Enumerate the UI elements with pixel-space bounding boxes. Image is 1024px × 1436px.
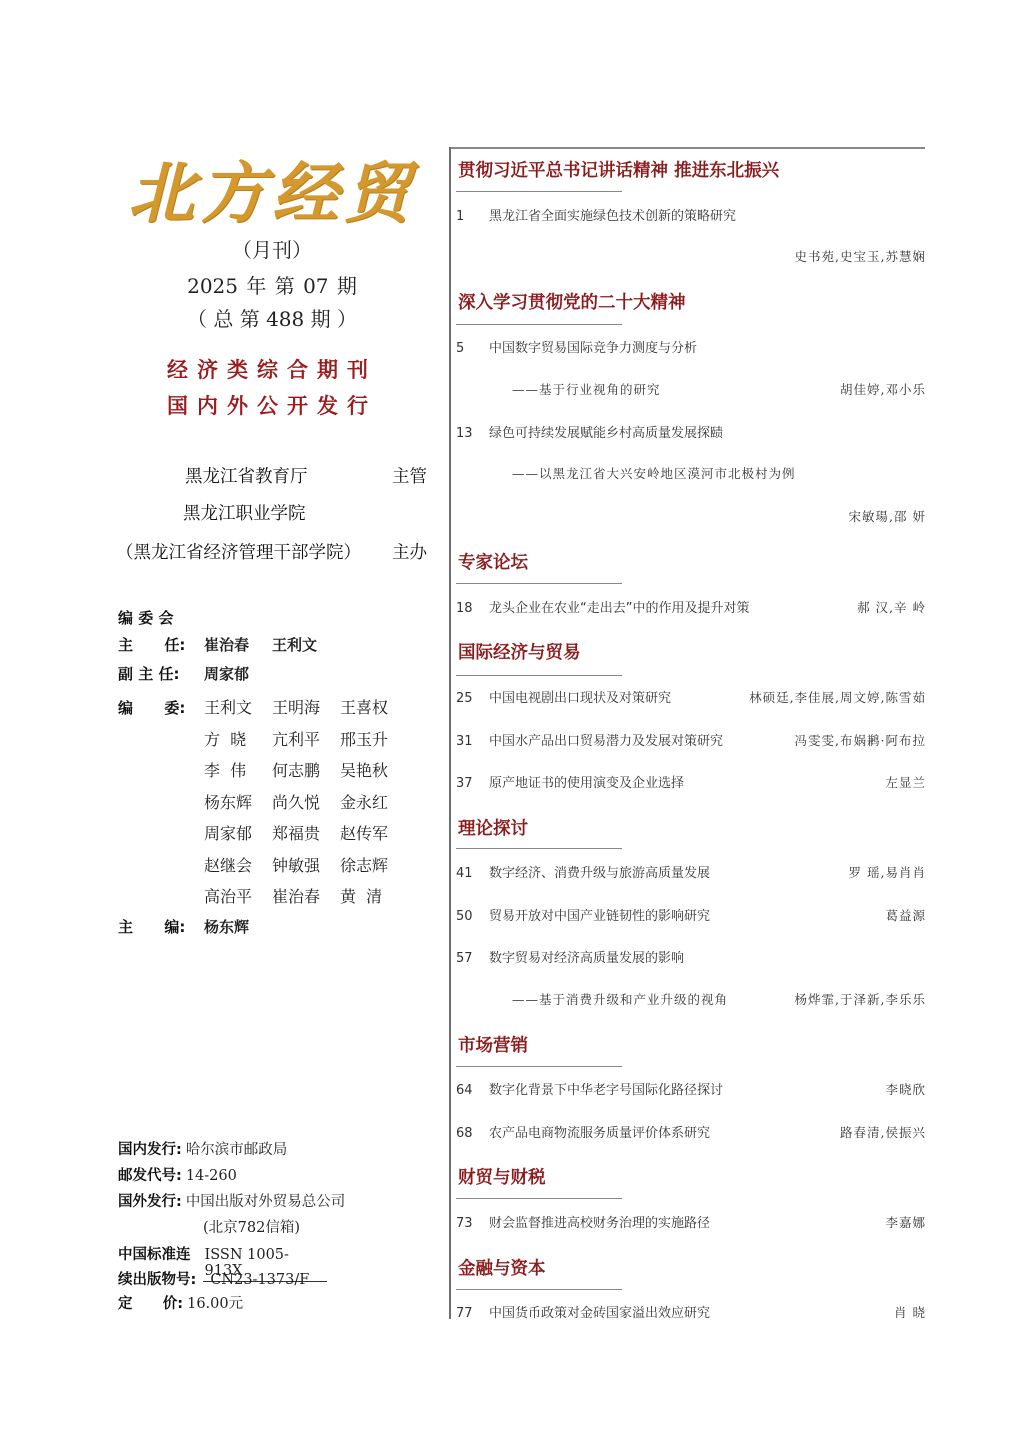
board-members-row: 高治平 崔治春 黄 清 — [118, 884, 408, 907]
section-rule — [456, 1289, 622, 1290]
toc-page-number: 57 — [456, 951, 489, 966]
frequency-label: （月刊） — [112, 234, 432, 263]
toc-article-title: 数字经济、消费升级与旅游高质量发展 — [489, 862, 849, 881]
toc-page-number: 1 — [456, 209, 489, 224]
toc-entry[interactable]: 5 中国数字贸易国际竞争力测度与分析 — [456, 337, 926, 356]
member-name: 赵传军 — [340, 821, 408, 844]
toc-section-title: 市场营销 — [458, 1032, 528, 1057]
toc-article-title: 中国水产品出口贸易潜力及发展对策研究 — [489, 730, 795, 749]
toc-authors: 宋敏瑒,邵 妍 — [849, 507, 926, 525]
toc-article-title: 原产地证书的使用演变及企业选择 — [489, 772, 885, 791]
toc-article-title: 龙头企业在农业“走出去”中的作用及提升对策 — [489, 597, 857, 616]
director-name: 王利文 — [272, 634, 317, 655]
foreign-value-2: (北京782信箱) — [203, 1216, 300, 1237]
member-name: 钟敏强 — [272, 853, 340, 876]
toc-section-title: 国际经济与贸易 — [458, 639, 581, 664]
foreign-mailbox: (北京782信箱) — [203, 1216, 300, 1237]
toc-article-title: 财会监督推进高校财务治理的实施路径 — [489, 1212, 885, 1231]
member-name: 徐志辉 — [340, 853, 408, 876]
toc-article-subtitle: ——以黑龙江省大兴安岭地区漠河市北极村为例 — [512, 464, 796, 482]
serial-label-2: 续出版物号: — [118, 1268, 196, 1289]
editorial-board-heading: 编 委 会 — [118, 607, 204, 628]
toc-entry[interactable]: 31 中国水产品出口贸易潜力及发展对策研究 冯雯雯,布娲鹣·阿布拉 — [456, 730, 926, 749]
board-deputy-row: 副 主 任: 周家郁 — [118, 663, 249, 684]
member-name: 吴艳秋 — [340, 758, 408, 781]
toc-page-number: 68 — [456, 1126, 489, 1141]
board-chief-editor-row: 主 编: 杨东辉 — [118, 916, 249, 937]
board-director-row: 主 任: 崔治春 王利文 — [118, 634, 317, 655]
slogan-line-2: 国内外公开发行 — [112, 390, 432, 420]
toc-authors: 杨烨霏,于泽新,李乐乐 — [795, 990, 926, 1008]
member-name: 郑福贵 — [272, 821, 340, 844]
toc-article-title: 绿色可持续发展赋能乡村高质量发展探赜 — [489, 422, 926, 441]
director-label: 主 任: — [118, 634, 204, 655]
board-members-row: 杨东辉 尚久悦 金永红 — [118, 790, 408, 813]
price-value: 16.00元 — [187, 1292, 243, 1313]
member-name: 崔治春 — [272, 884, 340, 907]
toc-authors: 李晓欣 — [885, 1080, 926, 1098]
toc-section-title: 贯彻习近平总书记讲话精神 推进东北振兴 — [458, 157, 779, 182]
supervisor-role: 主管 — [392, 463, 427, 488]
sponsor-name-1: 黑龙江职业学院 — [183, 500, 306, 525]
toc-article-title: 中国电视剧出口现状及对策研究 — [489, 687, 749, 706]
toc-page-number: 50 — [456, 909, 489, 924]
section-rule — [456, 324, 622, 325]
member-name: 杨东辉 — [204, 790, 272, 813]
toc-entry[interactable]: 64 数字化背景下中华老字号国际化路径探讨 李晓欣 — [456, 1079, 926, 1098]
member-name: 李 伟 — [204, 758, 272, 781]
toc-page-number: 13 — [456, 426, 489, 441]
toc-page-number: 64 — [456, 1083, 489, 1098]
postal-code: 邮发代号: 14-260 — [118, 1164, 237, 1185]
domestic-value: 哈尔滨市邮政局 — [186, 1138, 288, 1159]
board-members-row: 方 晓 亢利平 邢玉升 — [118, 727, 408, 750]
toc-entry[interactable]: 41 数字经济、消费升级与旅游高质量发展 罗 瑶,易肖肖 — [456, 862, 926, 881]
toc-page-number: 73 — [456, 1216, 489, 1231]
deputy-name: 周家郁 — [204, 663, 249, 684]
toc-section-title: 专家论坛 — [458, 549, 528, 574]
section-rule — [456, 1066, 622, 1067]
member-name: 金永红 — [340, 790, 408, 813]
toc-authors: 左显兰 — [885, 773, 926, 791]
toc-authors: 林硕廷,李佳展,周文婷,陈雪茹 — [749, 688, 926, 706]
toc-authors: 史书苑,史宝玉,苏慧娴 — [795, 247, 926, 265]
toc-section-title: 金融与资本 — [458, 1255, 546, 1280]
toc-authors: 郝 汉,辛 岭 — [857, 598, 926, 616]
toc-entry[interactable]: 57 数字贸易对经济高质量发展的影响 — [456, 947, 926, 966]
price-label: 定 价: — [118, 1292, 183, 1313]
toc-page-number: 77 — [456, 1306, 489, 1321]
total-issue-label: （ 总 第 488 期 ） — [112, 303, 432, 332]
toc-authors: 路春清,侯振兴 — [840, 1123, 926, 1141]
toc-authors: 肖 晓 — [894, 1303, 926, 1321]
toc-entry[interactable]: 1 黑龙江省全面实施绿色技术创新的策略研究 — [456, 205, 926, 224]
toc-entry[interactable]: 73 财会监督推进高校财务治理的实施路径 李嘉娜 — [456, 1212, 926, 1231]
chief-editor-name: 杨东辉 — [204, 916, 249, 937]
toc-authors: 胡佳婷,邓小乐 — [840, 380, 926, 398]
section-rule — [456, 583, 622, 584]
supervisor-name: 黑龙江省教育厅 — [185, 463, 308, 488]
toc-article-title: 数字化背景下中华老字号国际化路径探讨 — [489, 1079, 885, 1098]
board-members-row: 周家郁 郑福贵 赵传军 — [118, 821, 408, 844]
slogan-line-1: 经济类综合期刊 — [112, 354, 432, 384]
toc-article-title: 农产品电商物流服务质量评价体系研究 — [489, 1122, 840, 1141]
toc-article-subtitle: ——基于消费升级和产业升级的视角 — [512, 990, 728, 1008]
member-name: 高治平 — [204, 884, 272, 907]
board-members-row: 李 伟 何志鹏 吴艳秋 — [118, 758, 408, 781]
section-rule — [456, 1198, 622, 1199]
member-name: 亢利平 — [272, 727, 340, 750]
sponsor-name-2: （黑龙江省经济管理干部学院） — [116, 539, 361, 564]
toc-article-title: 数字贸易对经济高质量发展的影响 — [489, 947, 926, 966]
member-name: 黄 清 — [340, 884, 408, 907]
member-name: 王喜权 — [340, 695, 408, 718]
board-members-row: 赵继会 钟敏强 徐志辉 — [118, 853, 408, 876]
toc-page-number: 25 — [456, 691, 489, 706]
toc-entry[interactable]: 37 原产地证书的使用演变及企业选择 左显兰 — [456, 772, 926, 791]
issue-label: 2025 年 第 07 期 — [112, 270, 432, 299]
cn-value: CN23-1373/F — [210, 1272, 309, 1288]
toc-entry[interactable]: 68 农产品电商物流服务质量评价体系研究 路春清,侯振兴 — [456, 1122, 926, 1141]
board-members-row: 编 委: 王利文 王明海 王喜权 — [118, 695, 408, 718]
cn-row: 续出版物号: CN23-1373/F — [118, 1268, 309, 1289]
toc-frame-left-rule — [449, 147, 451, 1319]
foreign-label: 国外发行: — [118, 1190, 182, 1211]
toc-authors: 冯雯雯,布娲鹣·阿布拉 — [795, 731, 926, 749]
toc-article-title: 黑龙江省全面实施绿色技术创新的策略研究 — [489, 205, 926, 224]
member-name: 何志鹏 — [272, 758, 340, 781]
toc-authors: 李嘉娜 — [885, 1213, 926, 1231]
member-name: 王利文 — [204, 695, 272, 718]
journal-logo: 北方经贸 — [112, 142, 432, 232]
director-name: 崔治春 — [204, 634, 272, 655]
toc-section-title: 理论探讨 — [458, 815, 528, 840]
toc-article-title: 中国货币政策对金砖国家溢出效应研究 — [489, 1302, 894, 1321]
foreign-value: 中国出版对外贸易总公司 — [186, 1190, 346, 1211]
section-rule — [456, 191, 622, 192]
toc-page-number: 31 — [456, 734, 489, 749]
domestic-label: 国内发行: — [118, 1138, 182, 1159]
member-name: 方 晓 — [204, 727, 272, 750]
domestic-distribution: 国内发行: 哈尔滨市邮政局 — [118, 1138, 287, 1159]
price-row: 定 价: 16.00元 — [118, 1292, 243, 1313]
foreign-distribution: 国外发行: 中国出版对外贸易总公司 — [118, 1190, 345, 1211]
toc-page-number: 37 — [456, 776, 489, 791]
chief-editor-label: 主 编: — [118, 916, 204, 937]
members-label: 编 委: — [118, 697, 204, 718]
toc-article-title: 中国数字贸易国际竞争力测度与分析 — [489, 337, 926, 356]
section-rule — [456, 675, 622, 676]
toc-entry[interactable]: 13 绿色可持续发展赋能乡村高质量发展探赜 — [456, 422, 926, 441]
deputy-label: 副 主 任: — [118, 663, 204, 684]
sponsor-role: 主办 — [392, 539, 427, 564]
serial-label-1: 中国标准连 — [118, 1243, 191, 1264]
member-name: 邢玉升 — [340, 727, 408, 750]
member-name: 赵继会 — [204, 853, 272, 876]
toc-entry[interactable]: 77 中国货币政策对金砖国家溢出效应研究 肖 晓 — [456, 1302, 926, 1321]
toc-section-title: 深入学习贯彻党的二十大精神 — [458, 289, 686, 314]
toc-entry[interactable]: 18 龙头企业在农业“走出去”中的作用及提升对策 郝 汉,辛 岭 — [456, 597, 926, 616]
toc-article-subtitle: ——基于行业视角的研究 — [512, 380, 661, 398]
toc-article-title: 贸易开放对中国产业链韧性的影响研究 — [489, 905, 885, 924]
member-name: 王明海 — [272, 695, 340, 718]
toc-page-number: 41 — [456, 866, 489, 881]
postal-code-value: 14-260 — [186, 1168, 237, 1184]
toc-authors: 葛益源 — [885, 906, 926, 924]
toc-frame-top-rule — [449, 147, 925, 149]
toc-entry[interactable]: 50 贸易开放对中国产业链韧性的影响研究 葛益源 — [456, 905, 926, 924]
postal-code-label: 邮发代号: — [118, 1164, 182, 1185]
toc-page-number: 18 — [456, 601, 489, 616]
toc-authors: 罗 瑶,易肖肖 — [849, 863, 926, 881]
section-rule — [456, 848, 622, 849]
toc-entry[interactable]: 25 中国电视剧出口现状及对策研究 林硕廷,李佳展,周文婷,陈雪茹 — [456, 687, 926, 706]
toc-section-title: 财贸与财税 — [458, 1164, 546, 1189]
toc-page-number: 5 — [456, 341, 489, 356]
member-name: 周家郁 — [204, 821, 272, 844]
member-name: 尚久悦 — [272, 790, 340, 813]
